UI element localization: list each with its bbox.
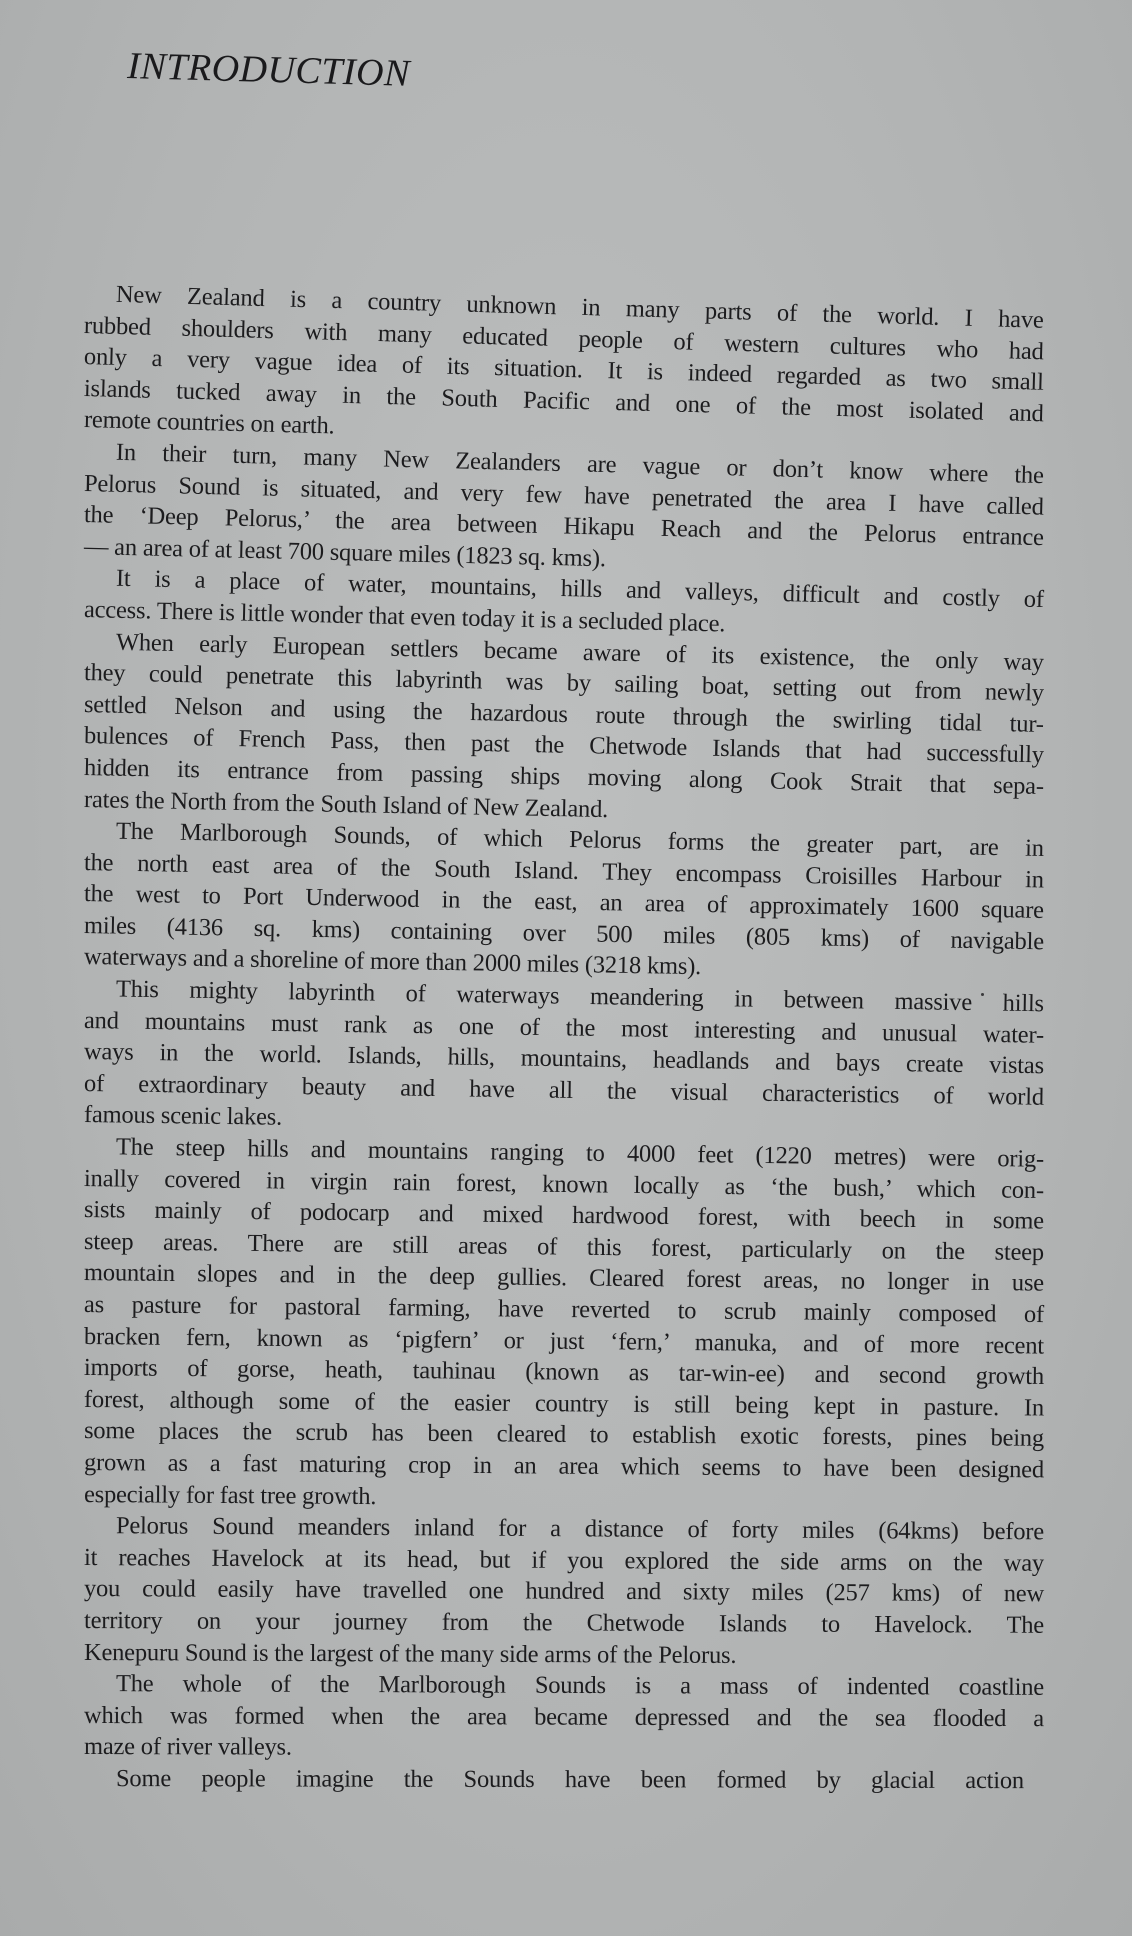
paragraph: Pelorus Sound meanders inland for a dist… xyxy=(84,1510,1044,1668)
paragraph: The Marlborough Sounds, of which Pelorus… xyxy=(84,815,1044,973)
book-page: INTRODUCTION New Zealand is a country un… xyxy=(0,0,1132,1936)
body-text: New Zealand is a country unknown in many… xyxy=(84,278,1044,1795)
chapter-heading: INTRODUCTION xyxy=(127,44,411,96)
paragraph: When early European settlers became awar… xyxy=(84,626,1044,816)
paragraph: The steep hills and mountains ranging to… xyxy=(84,1131,1044,1510)
text-line: Some people imagine the Sounds have been… xyxy=(84,1763,1024,1797)
paper-speck xyxy=(981,993,984,996)
text-line: maze of river valleys. xyxy=(84,1731,1044,1765)
paragraph: The whole of the Marlborough Sounds is a… xyxy=(84,1668,1044,1763)
paragraph: New Zealand is a country unknown in many… xyxy=(84,278,1044,436)
text-line: which was formed when the area became de… xyxy=(84,1700,1044,1735)
text-line: territory on your journey from the Chetw… xyxy=(84,1605,1044,1641)
paragraph: Some people imagine the Sounds have been… xyxy=(84,1763,1044,1795)
text-line: The whole of the Marlborough Sounds is a… xyxy=(84,1668,1044,1703)
text-line: Kenepuru Sound is the largest of the man… xyxy=(84,1637,1044,1673)
paragraph: This mighty labyrinth of waterways meand… xyxy=(84,973,1044,1131)
